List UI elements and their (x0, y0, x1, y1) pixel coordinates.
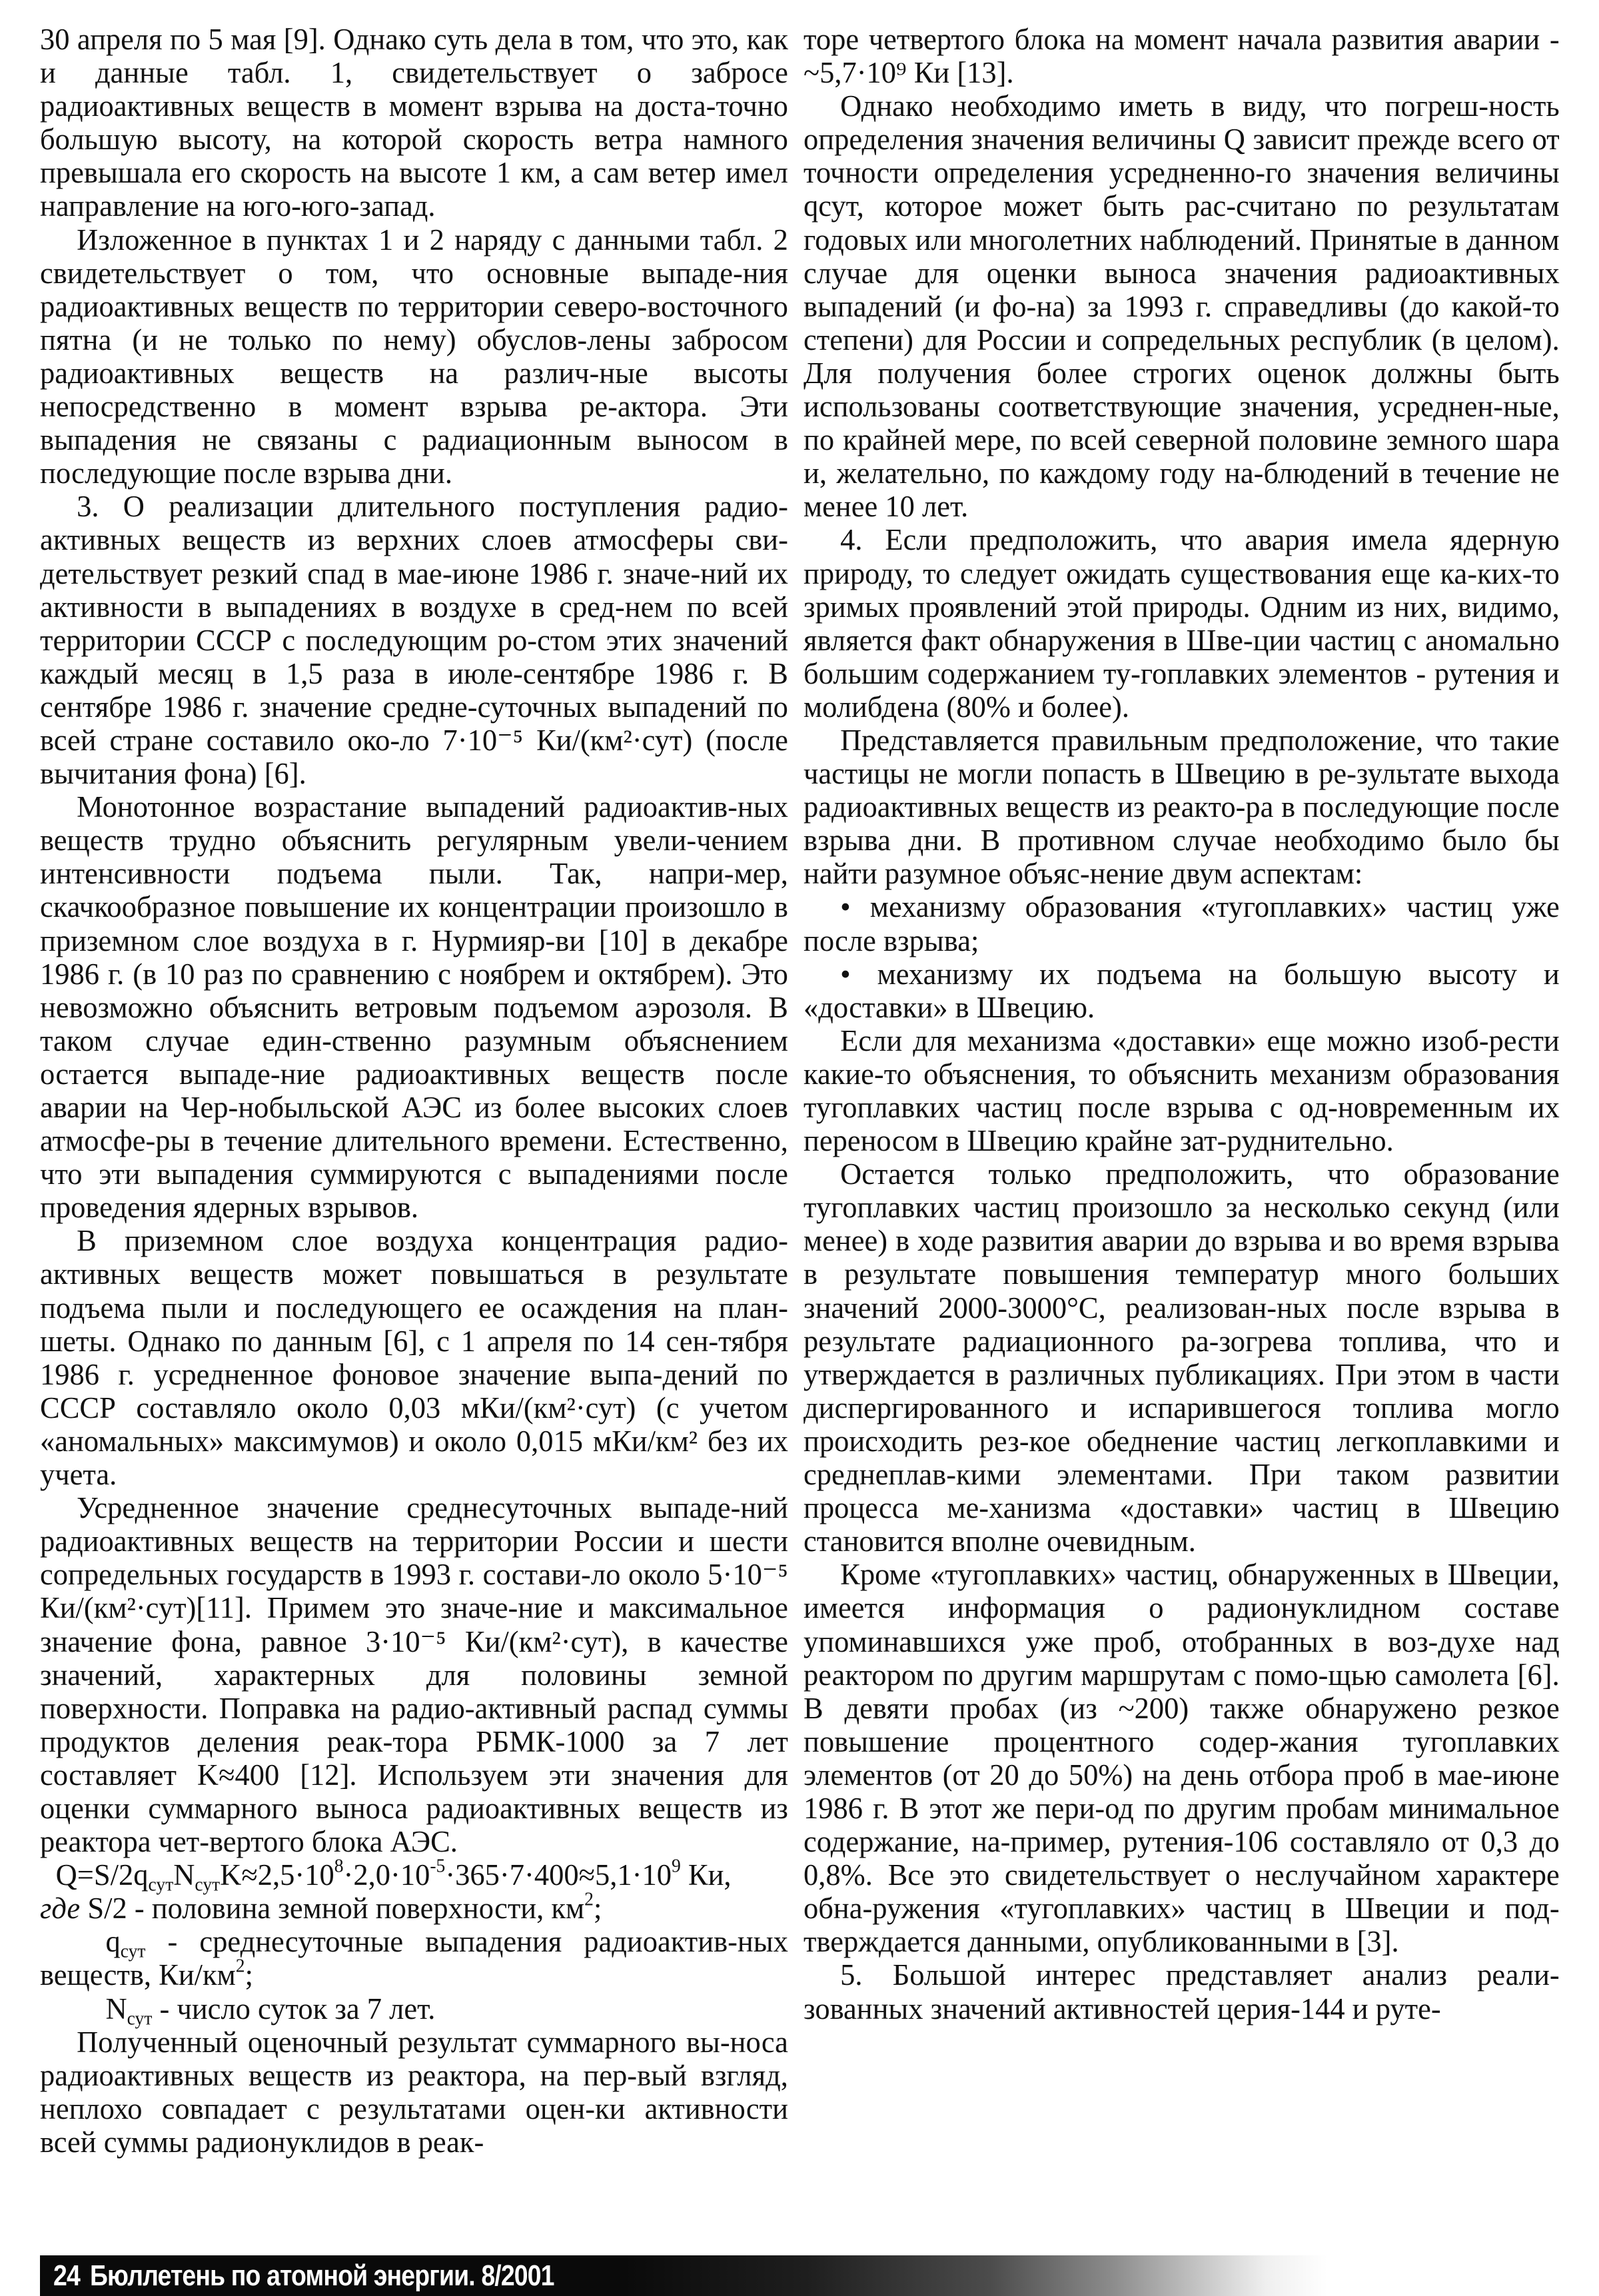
left-column: 30 апреля по 5 мая [9]. Однако суть дела… (40, 23, 788, 2159)
formula-lhs: Q=S/2q (56, 1858, 149, 1892)
page-footer: 24 Бюллетень по атомной энергии. 8/2001 (40, 2255, 1572, 2296)
formula-part: Ки, (681, 1858, 732, 1892)
paragraph: Усредненное значение среднесуточных выпа… (40, 1491, 788, 1858)
page-number: 24 (53, 2259, 80, 2293)
definition-line: Nсут - число суток за 7 лет. (40, 1992, 788, 2025)
document-page: 30 апреля по 5 мая [9]. Однако суть дела… (0, 0, 1599, 2296)
definition-symbol: N (106, 1992, 127, 2025)
paragraph: Остается только предположить, что образо… (803, 1157, 1560, 1558)
formula-exp: 8 (334, 1856, 344, 1877)
paragraph: Изложенное в пунктах 1 и 2 наряду с данн… (40, 223, 788, 490)
definition-prefix: где (40, 1892, 80, 1925)
definition-text: - среднесуточные выпадения радиоактив-ны… (40, 1925, 788, 1992)
definition-symbol: q (106, 1925, 121, 1958)
paragraph: 5. Большой интерес представляет анализ р… (803, 1958, 1560, 2025)
definition-tail: ; (245, 1958, 253, 1992)
definition-tail: ; (594, 1892, 602, 1925)
paragraph: 4. Если предположить, что авария имела я… (803, 523, 1560, 724)
paragraph: Однако необходимо иметь в виду, что погр… (803, 89, 1560, 523)
definition-sup: 2 (236, 1956, 245, 1977)
paragraph: Кроме «тугоплавких» частиц, обнаруженных… (803, 1558, 1560, 1958)
paragraph: В приземном слое воздуха концентрация ра… (40, 1224, 788, 1491)
paragraph: Если для механизма «доставки» еще можно … (803, 1024, 1560, 1157)
definition-line: qсут - среднесуточные выпадения радиоакт… (40, 1925, 788, 1992)
paragraph: 30 апреля по 5 мая [9]. Однако суть дела… (40, 23, 788, 223)
formula-part: ·2,0·10 (344, 1858, 430, 1892)
paragraph: Монотонное возрастание выпадений радиоак… (40, 790, 788, 1224)
bullet-item: • механизму образования «тугоплавких» ча… (803, 890, 1560, 957)
definition-sup: 2 (584, 1890, 594, 1910)
formula-exp: 9 (672, 1856, 681, 1877)
formula-part: ·365·7·400≈5,1·10 (445, 1858, 672, 1892)
formula-part: K≈2,5·10 (220, 1858, 334, 1892)
definition-line: где S/2 - половина земной поверхности, к… (40, 1892, 788, 1925)
paragraph: торе четвертого блока на момент начала р… (803, 23, 1560, 89)
definition-text: - половина земной поверхности, км (127, 1892, 584, 1925)
right-column: торе четвертого блока на момент начала р… (803, 23, 1560, 2025)
formula-line: Q=S/2qсутNсутK≈2,5·108·2,0·10-5·365·7·40… (40, 1858, 788, 1892)
definition-text: - число суток за 7 лет. (152, 1992, 435, 2025)
bullet-item: • механизму их подъема на большую высоту… (803, 957, 1560, 1024)
paragraph: Представляется правильным предположение,… (803, 724, 1560, 890)
paragraph: 3. О реализации длительного поступления … (40, 490, 788, 790)
definition-symbol: S/2 (80, 1892, 127, 1925)
paragraph: Полученный оценочный результат суммарног… (40, 2025, 788, 2159)
formula-n: N (173, 1858, 195, 1892)
formula-exp: -5 (430, 1856, 445, 1877)
journal-title: Бюллетень по атомной энергии. 8/2001 (90, 2259, 554, 2293)
